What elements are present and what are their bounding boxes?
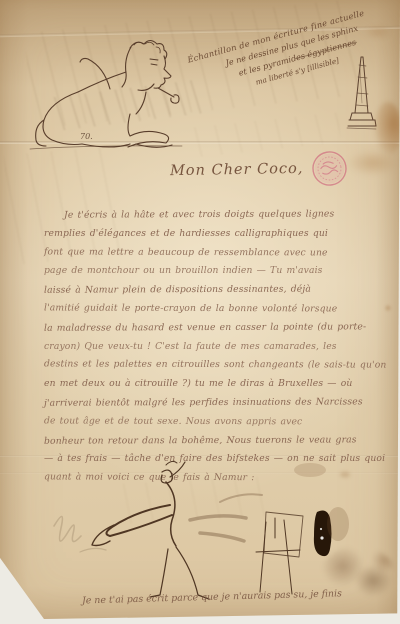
collection-stamp-icon	[308, 147, 351, 190]
sphinx-sketch-icon: 70.	[18, 32, 196, 154]
fold-crease	[0, 141, 400, 144]
body-line: page de montchour ou un brouillon indien…	[44, 262, 384, 281]
body-line: en met deux ou à citrouille ?) tu me le …	[44, 375, 384, 394]
letter-paper: 70. Échantillon de mon écriture fine act…	[0, 0, 400, 624]
sphinx-caption: 70.	[80, 132, 93, 141]
body-line: laissé à Namur plein de dispositions des…	[44, 280, 384, 300]
body-line: Je t'écris à la hâte et avec trois doigt…	[44, 205, 384, 225]
foxing-stain	[374, 102, 400, 156]
body-line: destins et les palettes en citrouilles s…	[44, 356, 384, 376]
body-line: j'arriverai bientôt malgré les perfides …	[44, 393, 384, 413]
closing-line: Je ne t'ai pas écrit parce que je n'aura…	[82, 587, 400, 607]
letter-body: Je t'écris à la hâte et avec trois doigt…	[44, 206, 384, 488]
pencil-ghost-marks	[30, 492, 120, 582]
body-line: quant à moi voici ce que je fais à Namur…	[44, 469, 384, 489]
body-line: remplies d'élégances et de hardiesses ca…	[44, 225, 384, 244]
salutation: Mon Cher Coco,	[170, 161, 304, 179]
body-line: font que ma lettre a beaucoup de ressemb…	[44, 243, 384, 263]
pipe-icon	[171, 95, 179, 103]
foxing-stain	[346, 150, 400, 176]
ink-blot-icon	[314, 510, 332, 556]
verso-showthrough	[53, 79, 206, 131]
obelisk-sketch-icon	[340, 53, 380, 143]
body-line: de tout âge et de tout sexe. Nous avons …	[44, 412, 384, 432]
body-line: bonheur ton retour dans la bohême, Nous …	[44, 431, 384, 451]
foxing-stain	[384, 304, 392, 312]
body-line: — à tes frais — tâche d'en faire des bif…	[44, 450, 384, 469]
annotation-block: Échantillon de mon écriture fine actuell…	[186, 2, 393, 104]
body-line: crayon) Que veux-tu ! C'est la faute de …	[44, 338, 384, 357]
scanned-letter-page: 70. Échantillon de mon écriture fine act…	[0, 0, 400, 624]
body-line: la maladresse du hasard est venue en cas…	[44, 318, 384, 338]
body-line: l'amitié guidait le porte-crayon de la b…	[44, 299, 384, 319]
